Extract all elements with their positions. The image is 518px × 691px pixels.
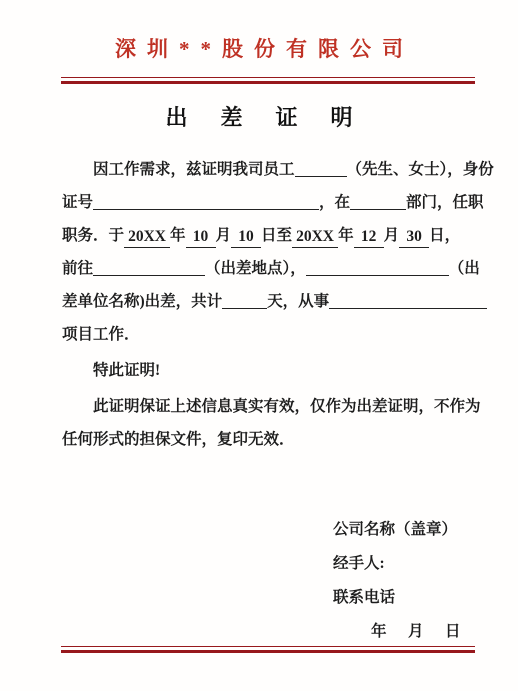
text-segment: 此证明保证上述信息真实有效，仅作为出差证明，不作为 (93, 398, 481, 415)
body-line-3: 职务．于20XX年10月10日至20XX年12月30日， (62, 219, 476, 252)
document-title-text: 出差证明 (165, 105, 385, 130)
start-day-value: 10 (231, 227, 261, 248)
work-content-blank (329, 292, 487, 309)
body-line-9: 任何形式的担保文件，复印无效． (62, 423, 476, 456)
start-month-value: 10 (186, 227, 216, 248)
end-year-value: 20XX (292, 227, 338, 248)
unit-name-blank (306, 259, 449, 276)
text-segment: ，在 (319, 194, 350, 211)
employee-name-blank (295, 160, 347, 177)
signature-phone: 联系电话 (333, 581, 464, 615)
text-segment: 差单位名称)出差，共计 (62, 293, 222, 310)
department-blank (350, 193, 406, 210)
signature-block: 公司名称（盖章） 经手人: 联系电话 年 月 日 (333, 513, 464, 649)
document-page: 深圳**股份有限公司 出差证明 因工作需求，兹证明我司员工（先生、女士），身份 … (0, 0, 518, 691)
text-segment: 部门，任职 (406, 194, 484, 211)
body-line-8: 此证明保证上述信息真实有效，仅作为出差证明，不作为 (62, 390, 476, 423)
text-segment: 任何形式的担保文件，复印无效． (62, 431, 295, 448)
text-segment: 日至 (261, 227, 292, 244)
text-segment: 项目工作． (62, 326, 140, 343)
body-line-5: 差单位名称)出差，共计天，从事 (62, 285, 476, 318)
body-line-6: 项目工作． (62, 318, 476, 351)
body-line-4: 前往（出差地点），（出 (62, 252, 476, 285)
document-body: 因工作需求，兹证明我司员工（先生、女士），身份 证号，在部门，任职 职务．于20… (62, 153, 476, 456)
text-segment: 证号 (62, 194, 93, 211)
signature-company-seal: 公司名称（盖章） (333, 513, 464, 547)
text-segment: 前往 (62, 260, 93, 277)
company-name-text: 深圳**股份有限公司 (115, 37, 414, 61)
days-count-blank (222, 292, 267, 309)
text-segment: 日， (429, 227, 460, 244)
footer-rule (61, 646, 475, 653)
text-segment: 职务．于 (62, 227, 124, 244)
body-line-2: 证号，在部门，任职 (62, 186, 476, 219)
destination-blank (93, 259, 205, 276)
end-month-value: 12 (354, 227, 384, 248)
text-segment: 月 (384, 227, 400, 244)
end-day-value: 30 (399, 227, 429, 248)
text-segment: （出 (449, 260, 480, 277)
start-year-value: 20XX (124, 227, 170, 248)
body-line-1: 因工作需求，兹证明我司员工（先生、女士），身份 (62, 153, 476, 186)
text-segment: 年 (170, 227, 186, 244)
id-number-blank (93, 193, 319, 210)
text-segment: 因工作需求，兹证明我司员工 (93, 161, 295, 178)
signature-handler: 经手人: (333, 547, 464, 581)
company-name: 深圳**股份有限公司 (0, 33, 518, 63)
body-line-7: 特此证明! (62, 354, 476, 387)
text-segment: （先生、女士），身份 (347, 161, 494, 178)
header-rule (61, 77, 475, 84)
text-segment: 月 (216, 227, 232, 244)
text-segment: 天，从事 (267, 293, 329, 310)
document-title: 出差证明 (0, 101, 518, 132)
text-segment: 特此证明! (93, 362, 160, 379)
signature-date: 年 月 日 (333, 615, 464, 649)
text-segment: 年 (338, 227, 354, 244)
text-segment: （出差地点）， (205, 260, 306, 277)
